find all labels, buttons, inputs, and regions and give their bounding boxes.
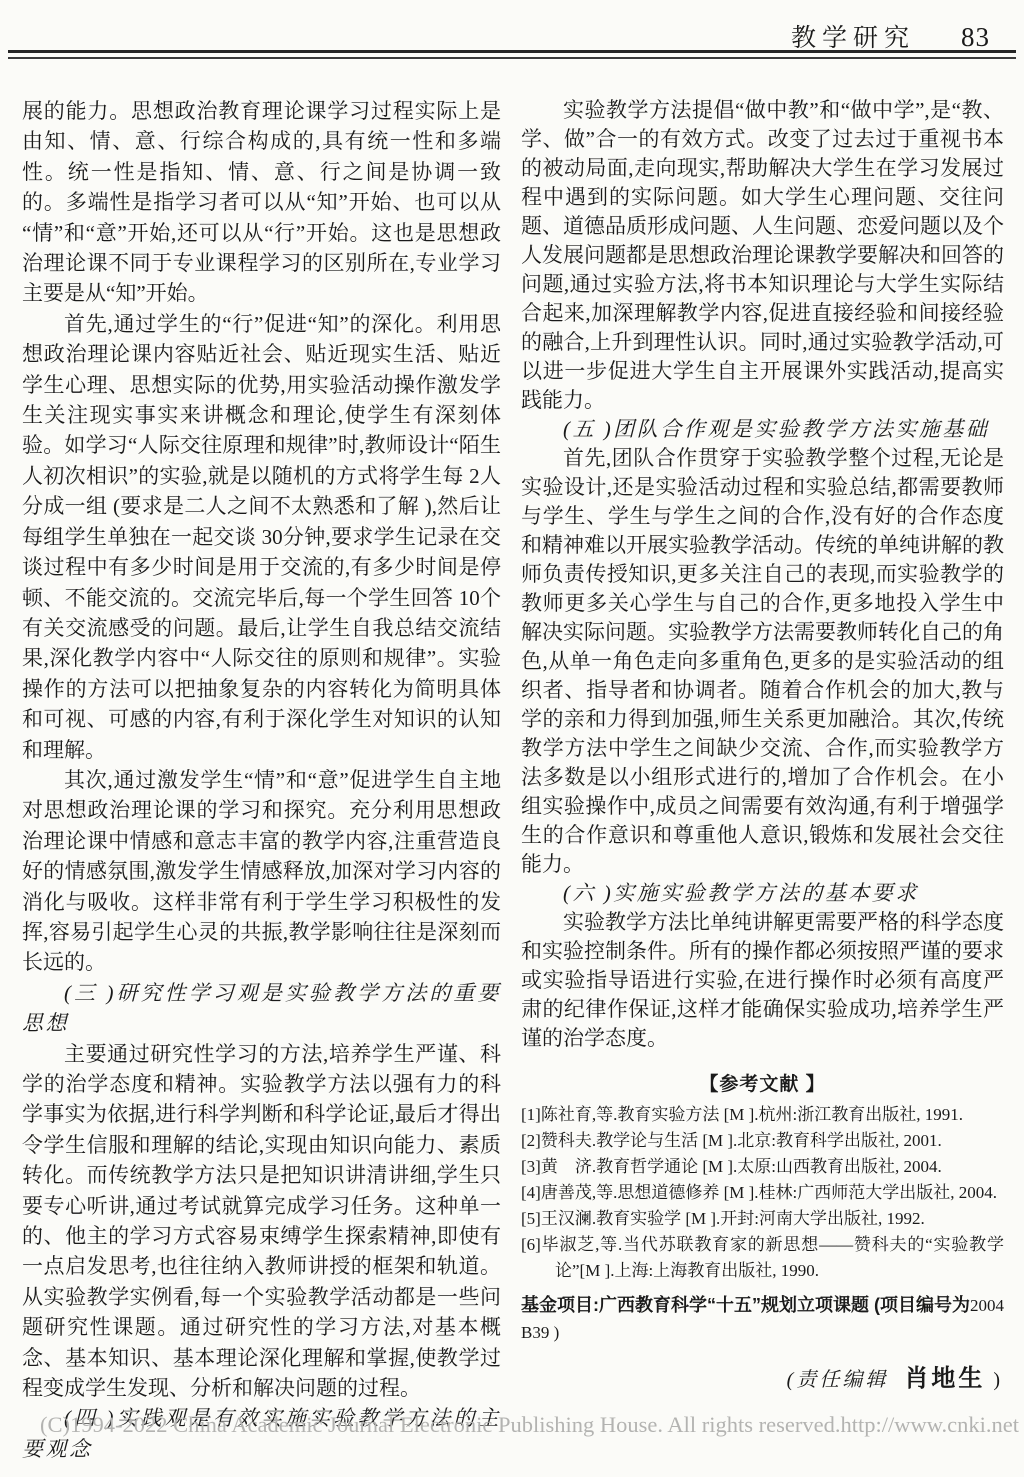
header-divider-rule [8, 50, 1016, 59]
section-heading-three: (三 )研究性学习观是实验教学方法的重要思想 [22, 978, 501, 1039]
editor-credit: (责任编辑肖地生) [521, 1358, 1004, 1393]
references-list: [1]陈社育,等.教育实验方法 [M ].杭州:浙江教育出版社, 1991. [… [521, 1102, 1004, 1284]
section-heading-five: (五 )团队合作观是实验教学方法实施基础 [521, 415, 1004, 444]
reference-item: [3]黄 济.教育哲学通论 [M ].太原:山西教育出版社, 2004. [521, 1154, 1004, 1180]
section-heading-four: (四 )实践观是有效实施实验教学方法的主要观念 [22, 1403, 501, 1464]
paragraph-continuation: 展的能力。思想政治教育理论课学习过程实际上是由知、情、意、行综合构成的,具有统一… [22, 96, 501, 309]
editor-name: 肖地生 [904, 1365, 985, 1392]
paragraph-research-view: 主要通过研究性学习的方法,培养学生严谨、科学的治学态度和精神。实验教学方法以强有… [22, 1039, 501, 1404]
paragraph-teamwork-view: 首先,团队合作贯穿于实验教学整个过程,无论是实验设计,还是实验活动过程和实验总结… [521, 444, 1004, 879]
journal-section-title: 教学研究 [791, 18, 915, 54]
right-column: 实验教学方法提倡“做中教”和“做中学”,是“教、学、做”合一的有效方式。改变了过… [521, 96, 1004, 1464]
journal-page: 教学研究 83 展的能力。思想政治教育理论课学习过程实际上是由知、情、意、行综合… [0, 0, 1024, 1477]
funding-note: 基金项目:广西教育科学“十五”规划立项课题 (项目编号为2004B39 ) [521, 1292, 1004, 1346]
editor-label: (责任编辑 [787, 1369, 889, 1391]
paragraph-requirements: 实验教学方法比单纯讲解更需要严格的科学态度和实验控制条件。所有的操作都必须按照严… [521, 908, 1004, 1053]
section-heading-six: (六 )实施实验教学方法的基本要求 [521, 879, 1004, 908]
reference-item: [2]赞科夫.教学论与生活 [M ].北京:教育科学出版社, 2001. [521, 1128, 1004, 1154]
article-body: 展的能力。思想政治教育理论课学习过程实际上是由知、情、意、行综合构成的,具有统一… [22, 96, 1004, 1464]
page-number: 83 [961, 22, 990, 53]
paragraph-second-point: 其次,通过激发学生“情”和“意”促进学生自主地对思想政治理论课的学习和探究。充分… [22, 765, 501, 978]
references-title: 【参考文献 】 [521, 1069, 1004, 1096]
reference-item: [6]毕淑芝,等.当代苏联教育家的新思想——赞科夫的“实验教学论”[M ].上海… [521, 1232, 1004, 1284]
reference-item: [5]王汉澜.教育实验学 [M ].开封:河南大学出版社, 1992. [521, 1206, 1004, 1232]
paragraph-first-point: 首先,通过学生的“行”促进“知”的深化。利用思想政治理论课内容贴近社会、贴近现实… [22, 309, 501, 765]
funding-label: 基金项目:广西教育科学“十五”规划立项课题 (项目编号为 [521, 1295, 970, 1315]
reference-item: [4]唐善茂,等.思想道德修养 [M ].桂林:广西师范大学出版社, 2004. [521, 1180, 1004, 1206]
editor-credit-close: ) [993, 1369, 1000, 1391]
page-header: 教学研究 83 [791, 18, 990, 54]
paragraph-practice-view: 实验教学方法提倡“做中教”和“做中学”,是“教、学、做”合一的有效方式。改变了过… [521, 96, 1004, 415]
reference-item: [1]陈社育,等.教育实验方法 [M ].杭州:浙江教育出版社, 1991. [521, 1102, 1004, 1128]
left-column: 展的能力。思想政治教育理论课学习过程实际上是由知、情、意、行综合构成的,具有统一… [22, 96, 501, 1464]
